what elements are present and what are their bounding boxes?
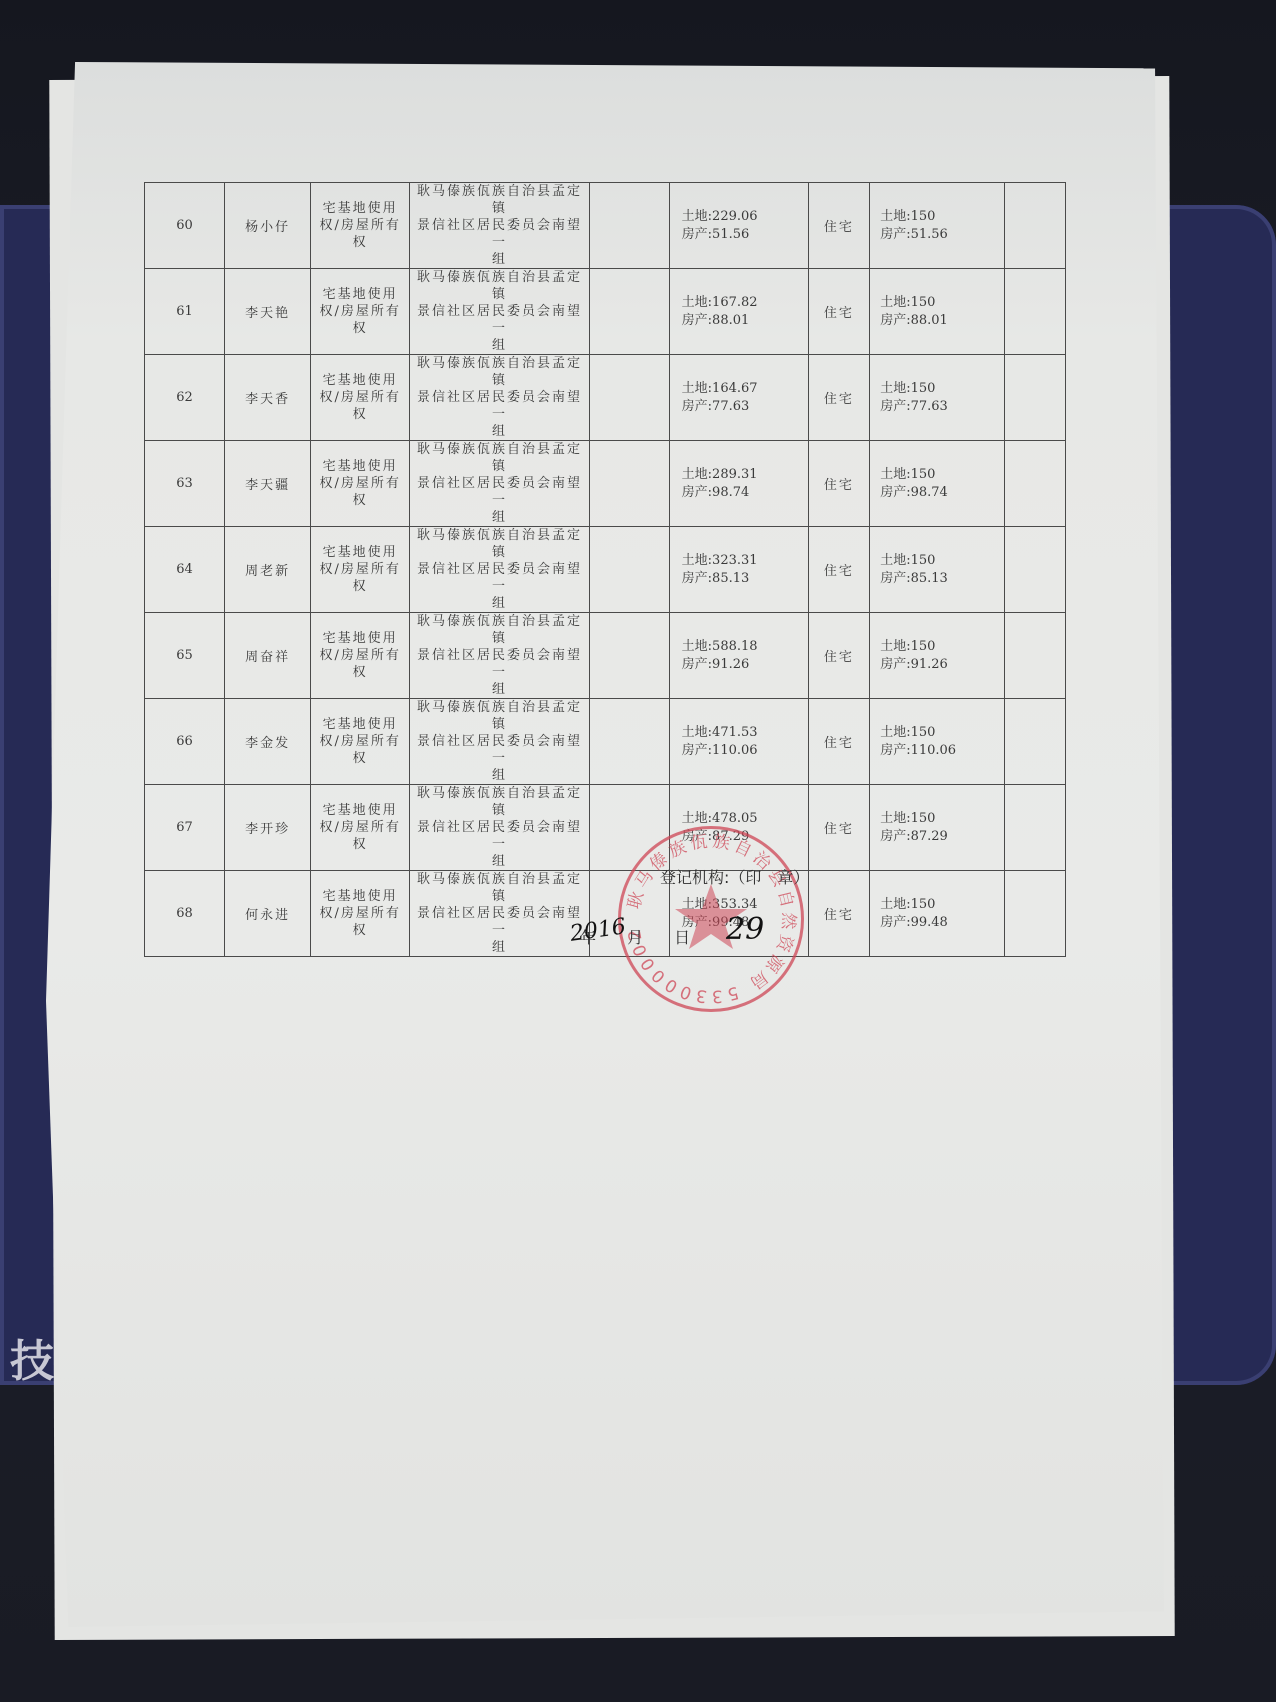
right-type-line: 权/房屋所有 [311, 389, 409, 406]
table-row: 64周老新宅基地使用权/房屋所有权耿马傣族佤族自治县孟定镇景信社区居民委员会南望… [145, 527, 1066, 613]
approved-area: 土地:150房产:99.48 [870, 871, 1005, 957]
actual-area: 土地:471.53房产:110.06 [669, 699, 808, 785]
approved-area-line: 土地:150 [880, 466, 1004, 484]
actual-area: 土地:588.18房产:91.26 [669, 613, 808, 699]
property-location: 耿马傣族佤族自治县孟定镇景信社区居民委员会南望一组 [410, 527, 590, 613]
property-location-line: 组 [410, 509, 589, 526]
approved-area: 土地:150房产:87.29 [870, 785, 1005, 871]
property-location: 耿马傣族佤族自治县孟定镇景信社区居民委员会南望一组 [410, 183, 590, 269]
table-row: 66李金发宅基地使用权/房屋所有权耿马傣族佤族自治县孟定镇景信社区居民委员会南望… [145, 699, 1066, 785]
actual-area-line: 土地:588.18 [682, 638, 808, 656]
mousepad-print: 技 [10, 1325, 54, 1389]
approved-area-line: 房产:98.74 [880, 484, 1004, 502]
approved-area: 土地:150房产:51.56 [870, 183, 1005, 269]
remark-cell [1005, 441, 1066, 527]
approved-area: 土地:150房产:110.06 [870, 699, 1005, 785]
actual-area-line: 土地:289.31 [682, 466, 808, 484]
approved-area-line: 房产:77.63 [880, 398, 1004, 416]
approved-area-line: 土地:150 [880, 294, 1004, 312]
actual-area-line: 土地:323.31 [682, 552, 808, 570]
owner-name: 李天艳 [225, 269, 311, 355]
property-location-line: 景信社区居民委员会南望一 [410, 647, 589, 681]
approved-area-line: 房产:110.06 [880, 742, 1004, 760]
row-number: 64 [145, 527, 225, 613]
remark-cell [1005, 355, 1066, 441]
property-location-line: 耿马傣族佤族自治县孟定镇 [410, 613, 589, 647]
property-location-line: 耿马傣族佤族自治县孟定镇 [410, 785, 589, 819]
right-type: 宅基地使用权/房屋所有权 [311, 441, 410, 527]
property-location-line: 耿马傣族佤族自治县孟定镇 [410, 269, 589, 303]
approved-area: 土地:150房产:85.13 [870, 527, 1005, 613]
right-type: 宅基地使用权/房屋所有权 [311, 613, 410, 699]
right-type: 宅基地使用权/房屋所有权 [311, 269, 410, 355]
approved-area-line: 土地:150 [880, 896, 1004, 914]
property-location-line: 耿马傣族佤族自治县孟定镇 [410, 699, 589, 733]
right-type-line: 权/房屋所有 [311, 217, 409, 234]
table-row: 63李天疆宅基地使用权/房屋所有权耿马傣族佤族自治县孟定镇景信社区居民委员会南望… [145, 441, 1066, 527]
remark-cell [1005, 269, 1066, 355]
right-type-line: 权 [311, 922, 409, 939]
approved-area: 土地:150房产:98.74 [870, 441, 1005, 527]
signoff-block: 耿马傣族佤族自治县自然资源局 5330000027847 登记机构:（印 章） … [540, 820, 860, 1040]
row-number: 63 [145, 441, 225, 527]
approved-area-line: 房产:91.26 [880, 656, 1004, 674]
owner-name: 李开珍 [225, 785, 311, 871]
actual-area-line: 土地:229.06 [682, 208, 808, 226]
blank-cell [589, 699, 669, 785]
actual-area-line: 房产:51.56 [682, 226, 808, 244]
owner-name: 李天疆 [225, 441, 311, 527]
right-type-line: 宅基地使用 [311, 200, 409, 217]
land-use: 住宅 [808, 355, 870, 441]
approved-area-line: 土地:150 [880, 810, 1004, 828]
right-type-line: 权/房屋所有 [311, 647, 409, 664]
row-number: 60 [145, 183, 225, 269]
table-row: 60杨小仔宅基地使用权/房屋所有权耿马傣族佤族自治县孟定镇景信社区居民委员会南望… [145, 183, 1066, 269]
land-use: 住宅 [808, 269, 870, 355]
owner-name: 周老新 [225, 527, 311, 613]
blank-cell [589, 441, 669, 527]
property-location-line: 组 [410, 595, 589, 612]
right-type-line: 权/房屋所有 [311, 905, 409, 922]
property-location-line: 景信社区居民委员会南望一 [410, 475, 589, 509]
row-number: 61 [145, 269, 225, 355]
right-type-line: 权 [311, 750, 409, 767]
right-type-line: 宅基地使用 [311, 716, 409, 733]
table-row: 61李天艳宅基地使用权/房屋所有权耿马傣族佤族自治县孟定镇景信社区居民委员会南望… [145, 269, 1066, 355]
blank-cell [589, 613, 669, 699]
seal-star-icon: 耿马傣族佤族自治县自然资源局 5330000027847 [621, 829, 801, 1009]
actual-area: 土地:164.67房产:77.63 [669, 355, 808, 441]
right-type-line: 宅基地使用 [311, 630, 409, 647]
table-row: 62李天香宅基地使用权/房屋所有权耿马傣族佤族自治县孟定镇景信社区居民委员会南望… [145, 355, 1066, 441]
remark-cell [1005, 785, 1066, 871]
property-location-line: 耿马傣族佤族自治县孟定镇 [410, 527, 589, 561]
approved-area-line: 土地:150 [880, 724, 1004, 742]
land-use: 住宅 [808, 527, 870, 613]
property-location-line: 组 [410, 337, 589, 354]
property-location-line: 景信社区居民委员会南望一 [410, 561, 589, 595]
approved-area: 土地:150房产:91.26 [870, 613, 1005, 699]
property-location: 耿马傣族佤族自治县孟定镇景信社区居民委员会南望一组 [410, 613, 590, 699]
blank-cell [589, 269, 669, 355]
property-location-line: 组 [410, 681, 589, 698]
actual-area: 土地:167.82房产:88.01 [669, 269, 808, 355]
approved-area-line: 房产:87.29 [880, 828, 1004, 846]
right-type-line: 权/房屋所有 [311, 819, 409, 836]
official-seal: 耿马傣族佤族自治县自然资源局 5330000027847 [618, 826, 804, 1012]
remark-cell [1005, 613, 1066, 699]
property-location-line: 景信社区居民委员会南望一 [410, 303, 589, 337]
right-type-line: 权/房屋所有 [311, 475, 409, 492]
right-type-line: 权 [311, 234, 409, 251]
right-type-line: 权 [311, 492, 409, 509]
right-type-line: 权 [311, 406, 409, 423]
actual-area-line: 房产:85.13 [682, 570, 808, 588]
owner-name: 李金发 [225, 699, 311, 785]
approved-area-line: 土地:150 [880, 638, 1004, 656]
blank-cell [589, 527, 669, 613]
land-use: 住宅 [808, 613, 870, 699]
approved-area-line: 土地:150 [880, 552, 1004, 570]
property-location-line: 耿马傣族佤族自治县孟定镇 [410, 441, 589, 475]
actual-area-line: 土地:167.82 [682, 294, 808, 312]
right-type-line: 宅基地使用 [311, 544, 409, 561]
approved-area-line: 房产:85.13 [880, 570, 1004, 588]
owner-name: 李天香 [225, 355, 311, 441]
actual-area-line: 房产:91.26 [682, 656, 808, 674]
actual-area: 土地:229.06房产:51.56 [669, 183, 808, 269]
approved-area-line: 土地:150 [880, 208, 1004, 226]
approved-area-line: 房产:88.01 [880, 312, 1004, 330]
right-type-line: 权/房屋所有 [311, 733, 409, 750]
property-location: 耿马傣族佤族自治县孟定镇景信社区居民委员会南望一组 [410, 441, 590, 527]
property-location: 耿马傣族佤族自治县孟定镇景信社区居民委员会南望一组 [410, 269, 590, 355]
right-type-line: 宅基地使用 [311, 888, 409, 905]
approved-area-line: 房产:51.56 [880, 226, 1004, 244]
approved-area-line: 土地:150 [880, 380, 1004, 398]
right-type-line: 权 [311, 578, 409, 595]
right-type-line: 权 [311, 664, 409, 681]
remark-cell [1005, 699, 1066, 785]
actual-area-line: 土地:164.67 [682, 380, 808, 398]
right-type: 宅基地使用权/房屋所有权 [311, 183, 410, 269]
actual-area: 土地:323.31房产:85.13 [669, 527, 808, 613]
right-type: 宅基地使用权/房屋所有权 [311, 699, 410, 785]
property-location-line: 组 [410, 423, 589, 440]
property-location-line: 组 [410, 251, 589, 268]
right-type: 宅基地使用权/房屋所有权 [311, 527, 410, 613]
land-use: 住宅 [808, 441, 870, 527]
right-type-line: 宅基地使用 [311, 458, 409, 475]
property-location-line: 景信社区居民委员会南望一 [410, 217, 589, 251]
right-type-line: 宅基地使用 [311, 372, 409, 389]
property-location-line: 组 [410, 767, 589, 784]
property-location-line: 景信社区居民委员会南望一 [410, 733, 589, 767]
blank-cell [589, 355, 669, 441]
right-type-line: 宅基地使用 [311, 286, 409, 303]
row-number: 67 [145, 785, 225, 871]
actual-area-line: 房产:98.74 [682, 484, 808, 502]
row-number: 68 [145, 871, 225, 957]
remark-cell [1005, 527, 1066, 613]
right-type: 宅基地使用权/房屋所有权 [311, 871, 410, 957]
property-location: 耿马傣族佤族自治县孟定镇景信社区居民委员会南望一组 [410, 355, 590, 441]
handwritten-day: 29 [726, 912, 764, 947]
table-row: 65周奋祥宅基地使用权/房屋所有权耿马傣族佤族自治县孟定镇景信社区居民委员会南望… [145, 613, 1066, 699]
property-location-line: 耿马傣族佤族自治县孟定镇 [410, 355, 589, 389]
right-type: 宅基地使用权/房屋所有权 [311, 355, 410, 441]
right-type-line: 权 [311, 836, 409, 853]
actual-area-line: 房产:110.06 [682, 742, 808, 760]
row-number: 62 [145, 355, 225, 441]
owner-name: 何永进 [225, 871, 311, 957]
land-use: 住宅 [808, 183, 870, 269]
right-type-line: 权/房屋所有 [311, 561, 409, 578]
row-number: 66 [145, 699, 225, 785]
right-type: 宅基地使用权/房屋所有权 [311, 785, 410, 871]
owner-name: 周奋祥 [225, 613, 311, 699]
actual-area-line: 房产:77.63 [682, 398, 808, 416]
right-type-line: 权/房屋所有 [311, 303, 409, 320]
approved-area-line: 房产:99.48 [880, 914, 1004, 932]
land-use: 住宅 [808, 699, 870, 785]
blank-cell [589, 183, 669, 269]
remark-cell [1005, 871, 1066, 957]
registration-authority-label: 登记机构:（印 章） [660, 865, 809, 888]
approved-area: 土地:150房产:88.01 [870, 269, 1005, 355]
right-type-line: 权 [311, 320, 409, 337]
row-number: 65 [145, 613, 225, 699]
property-location: 耿马傣族佤族自治县孟定镇景信社区居民委员会南望一组 [410, 699, 590, 785]
actual-area-line: 房产:88.01 [682, 312, 808, 330]
approved-area: 土地:150房产:77.63 [870, 355, 1005, 441]
actual-area: 土地:289.31房产:98.74 [669, 441, 808, 527]
property-location-line: 耿马傣族佤族自治县孟定镇 [410, 183, 589, 217]
remark-cell [1005, 183, 1066, 269]
property-location-line: 景信社区居民委员会南望一 [410, 389, 589, 423]
actual-area-line: 土地:471.53 [682, 724, 808, 742]
right-type-line: 宅基地使用 [311, 802, 409, 819]
owner-name: 杨小仔 [225, 183, 311, 269]
